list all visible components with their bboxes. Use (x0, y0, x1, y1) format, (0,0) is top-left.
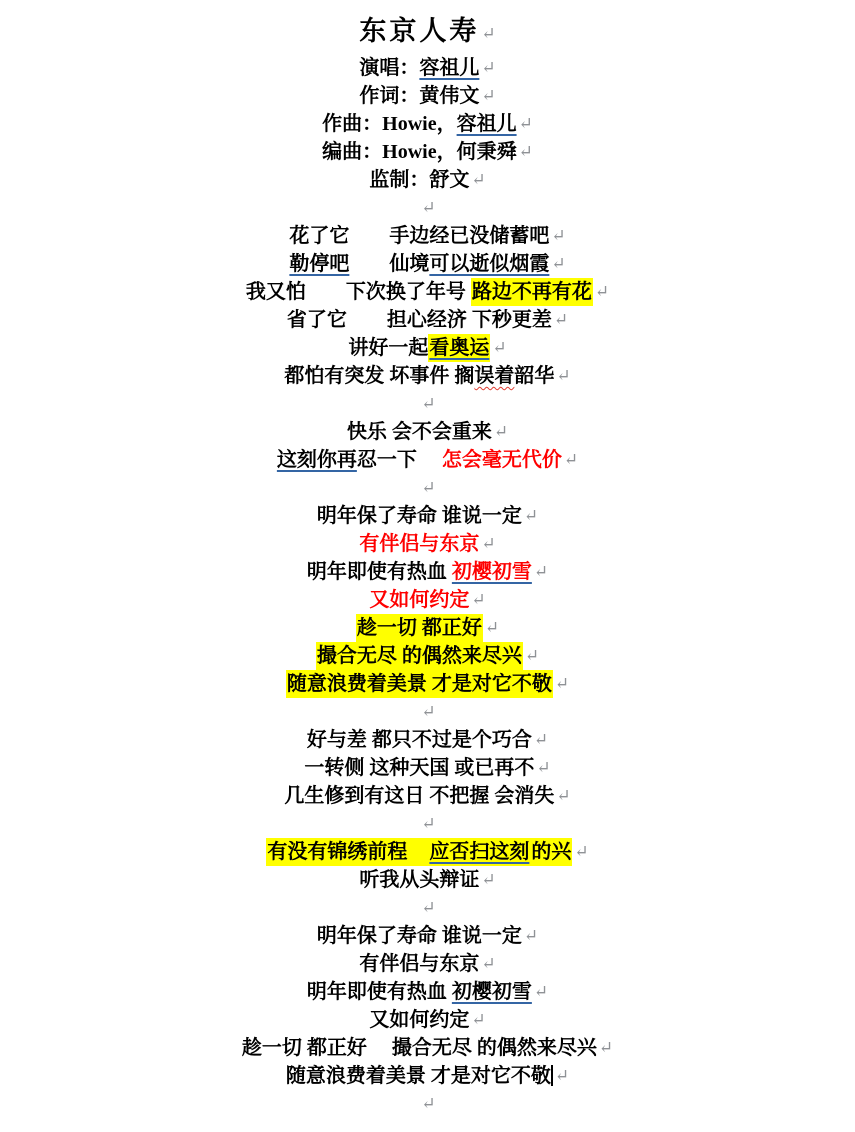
lyric-line[interactable]: 快乐 会不会重来↵ (0, 418, 855, 446)
text-segment: 初樱初雪 (452, 981, 532, 1003)
lyric-line[interactable]: 随意浪费着美景 才是对它不敬↵ (0, 1062, 855, 1090)
text-cursor (551, 1065, 553, 1086)
lyric-line[interactable]: 监制：舒文↵ (0, 166, 855, 194)
paragraph-mark-icon: ↵ (556, 786, 570, 805)
paragraph-mark-icon: ↵ (421, 814, 435, 833)
text-segment: 明年保了寿命 谁说一定 (317, 925, 522, 947)
paragraph-mark-icon: ↵ (421, 198, 435, 217)
paragraph-mark-icon: ↵ (595, 282, 609, 301)
text-segment: 编曲：Howie，何秉舜 (322, 141, 516, 163)
paragraph-mark-icon: ↵ (421, 898, 435, 917)
paragraph-mark-icon: ↵ (534, 562, 548, 581)
text-segment: 我又怕 下次换了年号 (246, 281, 471, 303)
lyric-line[interactable]: 明年保了寿命 谁说一定↵ (0, 502, 855, 530)
text-segment: 花了它 手边经已没储蓄吧 (289, 225, 549, 247)
text-segment: 应否扫这刻 (428, 838, 530, 866)
paragraph-mark-icon: ↵ (492, 338, 506, 357)
lyric-line[interactable]: 听我从头辩证↵ (0, 866, 855, 894)
paragraph-mark-icon: ↵ (555, 674, 569, 693)
text-segment: 有伴侣与东京 (359, 533, 479, 555)
text-segment: 又如何约定 (369, 1009, 469, 1031)
text-segment: 误着 (474, 365, 514, 387)
paragraph-mark-icon: ↵ (564, 450, 578, 469)
text-segment: 看奥运 (428, 334, 490, 362)
text-segment: 怎会毫无代价 (442, 449, 562, 471)
lyric-line[interactable]: 我又怕 下次换了年号 路边不再有花↵ (0, 278, 855, 306)
lyric-line[interactable]: 趁一切 都正好 撮合无尽 的偶然来尽兴↵ (0, 1034, 855, 1062)
text-segment: 明年即使有热血 (307, 561, 452, 583)
lyric-line[interactable]: 明年即使有热血 初樱初雪↵ (0, 978, 855, 1006)
empty-line[interactable]: ↵ (0, 390, 855, 418)
paragraph-mark-icon: ↵ (471, 590, 485, 609)
lyric-line[interactable]: 都怕有突发 坏事件 搁误着韶华↵ (0, 362, 855, 390)
paragraph-mark-icon: ↵ (534, 730, 548, 749)
text-segment: 东京人寿 (359, 16, 479, 46)
paragraph-mark-icon: ↵ (534, 982, 548, 1001)
text-segment: 明年保了寿命 谁说一定 (317, 505, 522, 527)
paragraph-mark-icon: ↵ (599, 1038, 613, 1057)
paragraph-mark-icon: ↵ (574, 842, 588, 861)
lyric-line[interactable]: 几生修到有这日 不把握 会消失↵ (0, 782, 855, 810)
lyric-line[interactable]: 明年保了寿命 谁说一定↵ (0, 922, 855, 950)
paragraph-mark-icon: ↵ (481, 86, 495, 105)
text-segment: 随意浪费着美景 才是对它不敬 (286, 670, 553, 698)
lyric-line[interactable]: 撮合无尽 的偶然来尽兴↵ (0, 642, 855, 670)
lyric-line[interactable]: 花了它 手边经已没储蓄吧↵ (0, 222, 855, 250)
text-segment: 可以逝似烟霞 (429, 253, 549, 275)
text-segment: 趁一切 都正好 撮合无尽 的偶然来尽兴 (242, 1037, 597, 1059)
lyric-line[interactable]: 作词：黄伟文↵ (0, 82, 855, 110)
document-text-area: 东京人寿↵演唱：容祖儿↵作词：黄伟文↵作曲：Howie，容祖儿↵编曲：Howie… (0, 8, 855, 1118)
text-segment: 省了它 担心经济 下秒更差 (287, 309, 552, 331)
text-segment: 容祖儿 (419, 57, 479, 79)
text-segment: 有伴侣与东京 (359, 953, 479, 975)
lyric-line[interactable]: 作曲：Howie，容祖儿↵ (0, 110, 855, 138)
lyric-line[interactable]: 勒停吧 仙境可以逝似烟霞↵ (0, 250, 855, 278)
paragraph-mark-icon: ↵ (524, 506, 538, 525)
lyric-line[interactable]: 省了它 担心经济 下秒更差↵ (0, 306, 855, 334)
text-segment: 好与差 都只不过是个巧合 (307, 729, 532, 751)
text-segment: 作词：黄伟文 (359, 85, 479, 107)
paragraph-mark-icon: ↵ (519, 142, 533, 161)
lyric-line[interactable]: 又如何约定↵ (0, 1006, 855, 1034)
text-segment: 路边不再有花 (471, 278, 593, 306)
paragraph-mark-icon: ↵ (554, 310, 568, 329)
text-segment: 勒停吧 (289, 253, 349, 275)
text-segment: 随意浪费着美景 才是对它不敬 (286, 1065, 551, 1087)
empty-line[interactable]: ↵ (0, 810, 855, 838)
text-segment: 快乐 会不会重来 (347, 421, 492, 443)
text-segment: 容祖儿 (457, 113, 517, 135)
document-title-line[interactable]: 东京人寿↵ (0, 8, 855, 54)
paragraph-mark-icon: ↵ (481, 58, 495, 77)
lyric-line[interactable]: 有没有锦绣前程 应否扫这刻的兴↵ (0, 838, 855, 866)
text-segment: 仙境 (349, 253, 429, 275)
lyric-line[interactable]: 随意浪费着美景 才是对它不敬↵ (0, 670, 855, 698)
text-segment: 讲好一起 (348, 337, 428, 359)
paragraph-mark-icon: ↵ (556, 366, 570, 385)
text-segment: 一转侧 这种天国 或已再不 (304, 757, 534, 779)
empty-line[interactable]: ↵ (0, 894, 855, 922)
paragraph-mark-icon: ↵ (481, 870, 495, 889)
document-page: 东京人寿↵演唱：容祖儿↵作词：黄伟文↵作曲：Howie，容祖儿↵编曲：Howie… (0, 0, 855, 1132)
text-segment: 忍一下 (357, 449, 442, 471)
lyric-line[interactable]: 又如何约定↵ (0, 586, 855, 614)
text-segment: 这刻你再 (277, 449, 357, 471)
paragraph-mark-icon: ↵ (519, 114, 533, 133)
paragraph-mark-icon: ↵ (421, 478, 435, 497)
text-segment: 作曲：Howie， (322, 113, 456, 135)
lyric-line[interactable]: 明年即使有热血 初樱初雪↵ (0, 558, 855, 586)
paragraph-mark-icon: ↵ (555, 1066, 569, 1085)
lyric-line[interactable]: 好与差 都只不过是个巧合↵ (0, 726, 855, 754)
text-segment: 演唱： (359, 57, 419, 79)
text-segment: 的兴 (530, 838, 572, 866)
paragraph-mark-icon: ↵ (525, 646, 539, 665)
paragraph-mark-icon: ↵ (421, 394, 435, 413)
text-segment: 监制：舒文 (369, 169, 469, 191)
text-segment: 韶华 (514, 365, 554, 387)
lyric-line[interactable]: 演唱：容祖儿↵ (0, 54, 855, 82)
lyric-line[interactable]: 这刻你再忍一下 怎会毫无代价↵ (0, 446, 855, 474)
lyric-line[interactable]: 有伴侣与东京↵ (0, 530, 855, 558)
paragraph-mark-icon: ↵ (481, 24, 495, 43)
lyric-line[interactable]: 有伴侣与东京↵ (0, 950, 855, 978)
lyric-line[interactable]: 一转侧 这种天国 或已再不↵ (0, 754, 855, 782)
text-segment: 听我从头辩证 (359, 869, 479, 891)
text-segment: 有没有锦绣前程 (266, 838, 428, 866)
text-segment: 初樱初雪 (452, 561, 532, 583)
text-segment: 都怕有突发 坏事件 搁 (284, 365, 474, 387)
paragraph-mark-icon: ↵ (421, 702, 435, 721)
text-segment: 撮合无尽 的偶然来尽兴 (316, 642, 523, 670)
paragraph-mark-icon: ↵ (485, 618, 499, 637)
paragraph-mark-icon: ↵ (421, 1094, 435, 1113)
lyric-line[interactable]: 讲好一起看奥运↵ (0, 334, 855, 362)
paragraph-mark-icon: ↵ (471, 1010, 485, 1029)
text-segment: 明年即使有热血 (307, 981, 452, 1003)
paragraph-mark-icon: ↵ (481, 954, 495, 973)
text-segment: 又如何约定 (369, 589, 469, 611)
lyric-line[interactable]: 编曲：Howie，何秉舜↵ (0, 138, 855, 166)
text-segment: 几生修到有这日 不把握 会消失 (284, 785, 554, 807)
paragraph-mark-icon: ↵ (481, 534, 495, 553)
paragraph-mark-icon: ↵ (471, 170, 485, 189)
empty-line[interactable]: ↵ (0, 698, 855, 726)
paragraph-mark-icon: ↵ (524, 926, 538, 945)
paragraph-mark-icon: ↵ (494, 422, 508, 441)
empty-line[interactable]: ↵ (0, 474, 855, 502)
empty-line[interactable]: ↵ (0, 194, 855, 222)
paragraph-mark-icon: ↵ (551, 254, 565, 273)
lyric-line[interactable]: 趁一切 都正好↵ (0, 614, 855, 642)
paragraph-mark-icon: ↵ (536, 758, 550, 777)
paragraph-mark-icon: ↵ (551, 226, 565, 245)
text-segment: 趁一切 都正好 (356, 614, 483, 642)
empty-line[interactable]: ↵ (0, 1090, 855, 1118)
